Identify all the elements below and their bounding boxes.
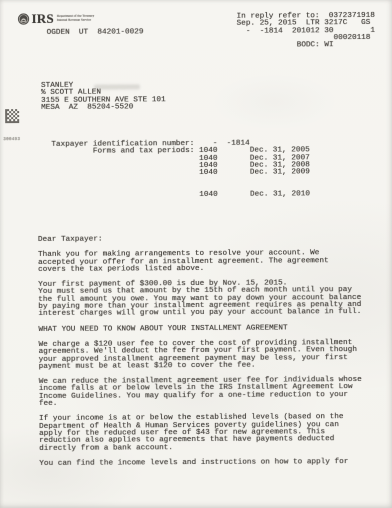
print-code: 300493	[3, 138, 20, 142]
letter-body: Dear Taxpayer: Thank you for making arra…	[38, 235, 379, 476]
salutation: Dear Taxpayer:	[38, 235, 378, 244]
paragraph-fee-reduction: We can reduce the installment agreement …	[39, 377, 379, 408]
scan-content: IRS Department of the Treasury Internal …	[0, 0, 392, 508]
tax-identification-block: Taxpayer identification number: - -1814 …	[51, 140, 310, 200]
datamatrix-barcode-icon	[5, 109, 19, 123]
irs-logo: IRS Department of the Treasury Internal …	[18, 12, 95, 25]
reply-reference-block: In reply refer to: 0372371918Sep. 25, 20…	[237, 13, 376, 50]
scan-smudge	[94, 84, 140, 89]
dept-line-2: Internal Revenue Service	[57, 18, 94, 22]
paragraph-closing: You can find the income levels and instr…	[39, 459, 379, 468]
paragraph-user-fee: We charge a $120 user fee to cover the c…	[39, 340, 379, 371]
treasury-department-lines: Department of the Treasury Internal Reve…	[57, 14, 94, 22]
service-center-address: OGDEN UT 84201-0029	[47, 29, 144, 37]
paragraph-payment: Your first payment of $300.00 is due by …	[38, 280, 378, 319]
scanned-letter-page: IRS Department of the Treasury Internal …	[0, 0, 392, 508]
paragraph-intro: Thank you for making arrangements to res…	[38, 250, 378, 274]
paragraph-low-income: If your income is at or below the establ…	[39, 414, 379, 453]
section-heading: WHAT YOU NEED TO KNOW ABOUT YOUR INSTALL…	[38, 325, 378, 334]
irs-eagle-emblem-icon	[18, 13, 30, 25]
irs-wordmark: IRS	[32, 12, 54, 25]
